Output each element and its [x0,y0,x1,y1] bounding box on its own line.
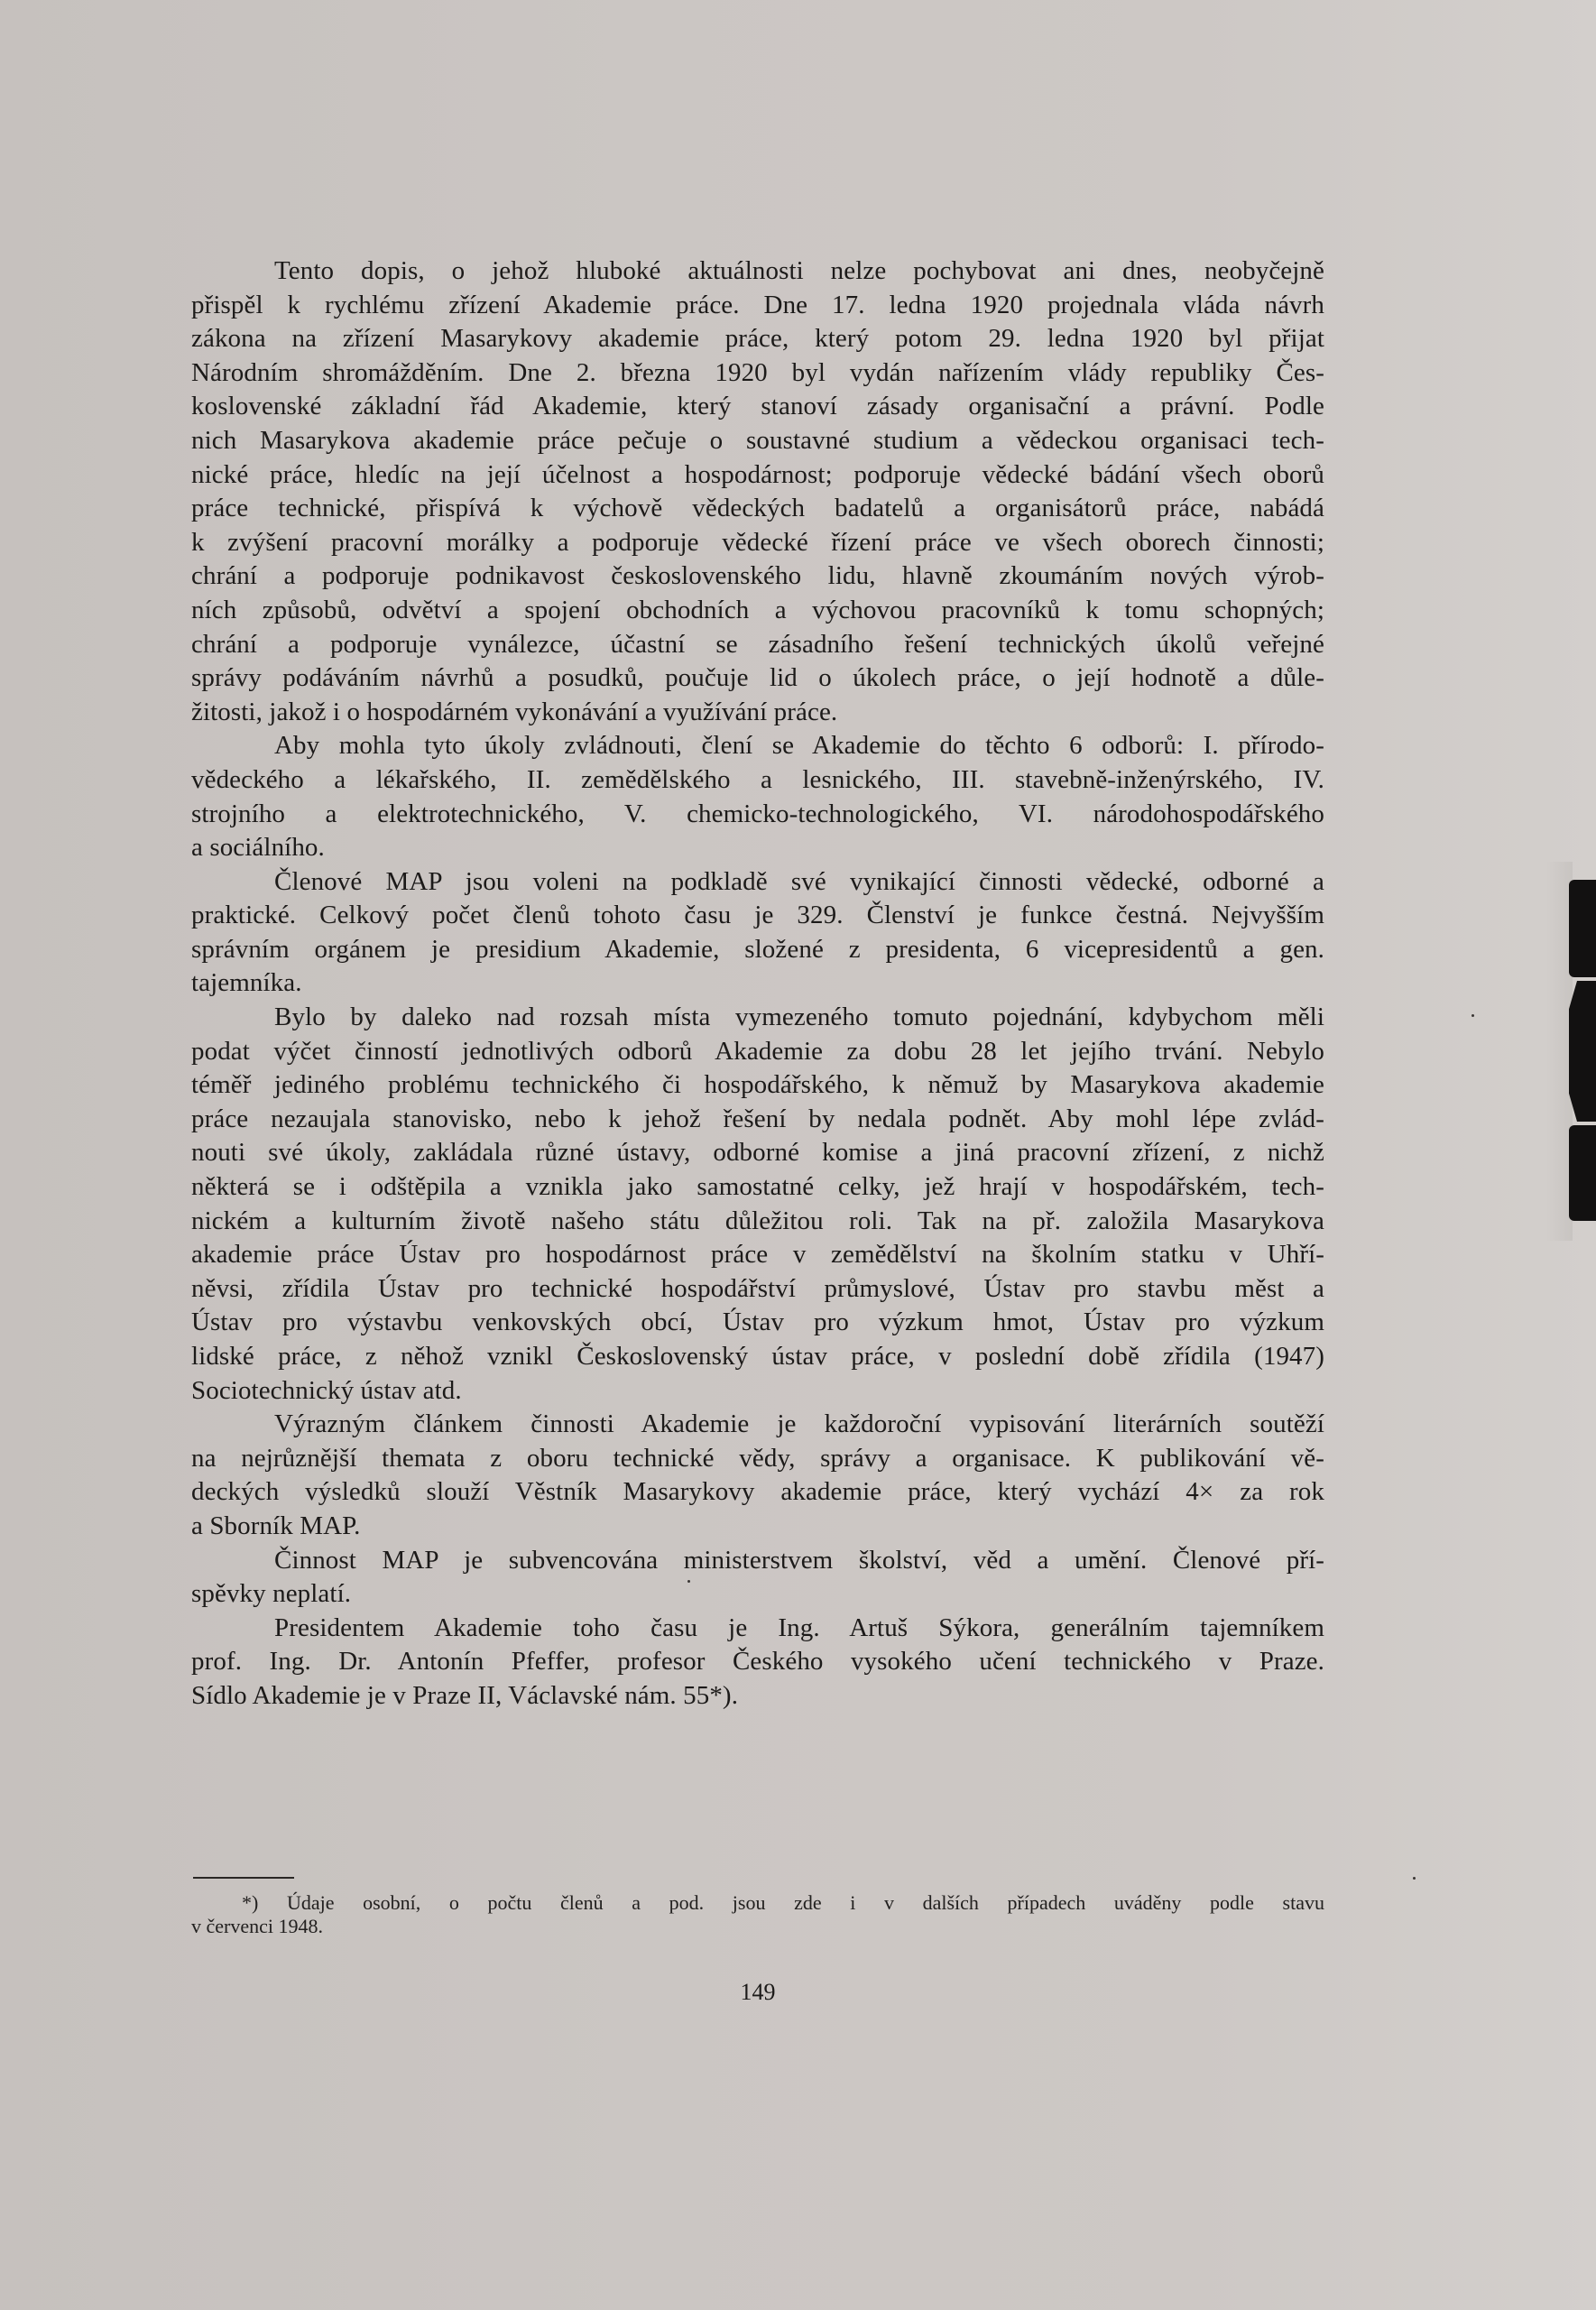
paragraph-letter-impact: Tento dopis, o jehož hluboké aktuálnosti… [191,254,1324,729]
text-line: lidské práce, z něhož vznikl Českosloven… [191,1340,1324,1374]
paragraph-leadership: Presidentem Akademie toho času je Ing. A… [191,1612,1324,1714]
paragraph-competitions: Výrazným článkem činnosti Akademie je ka… [191,1408,1324,1543]
footnote-divider [193,1877,294,1879]
text-line: Národním shromážděním. Dne 2. března 192… [191,356,1324,391]
paragraph-departments: Aby mohla tyto úkoly zvládnouti, člení s… [191,729,1324,864]
binding-clip-icon [1569,981,1596,1122]
text-line: prof. Ing. Dr. Antonín Pfeffer, profesor… [191,1645,1324,1679]
paper-speck [687,1580,690,1583]
text-line: praktické. Celkový počet členů tohoto ča… [191,899,1324,933]
paper-speck [1471,1014,1474,1017]
text-line: k zvýšení pracovní morálky a podporuje v… [191,526,1324,560]
text-line: nouti své úkoly, zakládala různé ústavy,… [191,1136,1324,1170]
paragraph-funding: Činnost MAP je subvencována ministerstve… [191,1544,1324,1612]
text-line: deckých výsledků slouží Věstník Masaryko… [191,1475,1324,1510]
paragraph-members: Členové MAP jsou voleni na podkladě své … [191,865,1324,1001]
text-line: a Sborník MAP. [191,1510,1324,1544]
text-line: Tento dopis, o jehož hluboké aktuálnosti… [191,254,1324,289]
text-line: Bylo by daleko nad rozsah místa vymezené… [191,1001,1324,1035]
text-line: téměř jediného problému technického či h… [191,1068,1324,1103]
paper-speck [1413,1877,1416,1880]
text-line: vědeckého a lékařského, II. zemědělského… [191,763,1324,798]
text-line: správy podáváním návrhů a posudků, pouču… [191,661,1324,696]
text-line: chrání a podporuje vynálezce, účastní se… [191,628,1324,662]
text-line: Presidentem Akademie toho času je Ing. A… [191,1612,1324,1646]
text-line: práce nezaujala stanovisko, nebo k jehož… [191,1103,1324,1137]
text-line: akademie práce Ústav pro hospodárnost pr… [191,1238,1324,1272]
text-line: nich Masarykova akademie práce pečuje o … [191,424,1324,458]
text-line: žitosti, jakož i o hospodárném vykonáván… [191,696,1324,730]
text-line: Ústav pro výstavbu venkovských obcí, Úst… [191,1306,1324,1340]
text-line: podat výčet činností jednotlivých odborů… [191,1035,1324,1069]
text-line: a sociálního. [191,831,1324,865]
text-line: správním orgánem je presidium Akademie, … [191,933,1324,967]
text-line: Činnost MAP je subvencována ministerstve… [191,1544,1324,1578]
text-line: Výrazným článkem činnosti Akademie je ka… [191,1408,1324,1442]
text-line: koslovenské základní řád Akademie, který… [191,390,1324,424]
text-line: strojního a elektrotechnického, V. chemi… [191,798,1324,832]
page-body: Tento dopis, o jehož hluboké aktuálnosti… [191,254,1324,1714]
footnote-line: *) Údaje osobní, o počtu členů a pod. js… [191,1891,1324,1915]
text-line: Členové MAP jsou voleni na podkladě své … [191,865,1324,900]
text-line: nické práce, hledíc na její účelnost a h… [191,458,1324,493]
binding-clips [1566,880,1596,1295]
paragraph-activities: Bylo by daleko nad rozsah místa vymezené… [191,1001,1324,1408]
footnote-line: v červenci 1948. [191,1915,1324,1938]
text-line: spěvky neplatí. [191,1577,1324,1612]
text-line: chrání a podporuje podnikavost českoslov… [191,559,1324,594]
text-line: tajemníka. [191,966,1324,1001]
text-line: přispěl k rychlému zřízení Akademie prác… [191,289,1324,323]
text-line: něvsi, zřídila Ústav pro technické hospo… [191,1272,1324,1307]
binding-clip-icon [1569,880,1596,977]
text-line: zákona na zřízení Masarykovy akademie pr… [191,322,1324,356]
text-line: práce technické, přispívá k výchově věde… [191,492,1324,526]
footnote: *) Údaje osobní, o počtu členů a pod. js… [191,1891,1324,1938]
binding-clip-icon [1569,1125,1596,1221]
text-line: na nejrůznější themata z oboru technické… [191,1442,1324,1476]
text-line: ních způsobů, odvětví a spojení obchodní… [191,594,1324,628]
text-line: některá se i odštěpila a vznikla jako sa… [191,1170,1324,1205]
text-line: nickém a kulturním životě našeho státu d… [191,1205,1324,1239]
text-line: Sídlo Akademie je v Praze II, Václavské … [191,1679,1324,1714]
text-line: Aby mohla tyto úkoly zvládnouti, člení s… [191,729,1324,763]
page-number: 149 [0,1979,1516,2006]
text-line: Sociotechnický ústav atd. [191,1374,1324,1409]
